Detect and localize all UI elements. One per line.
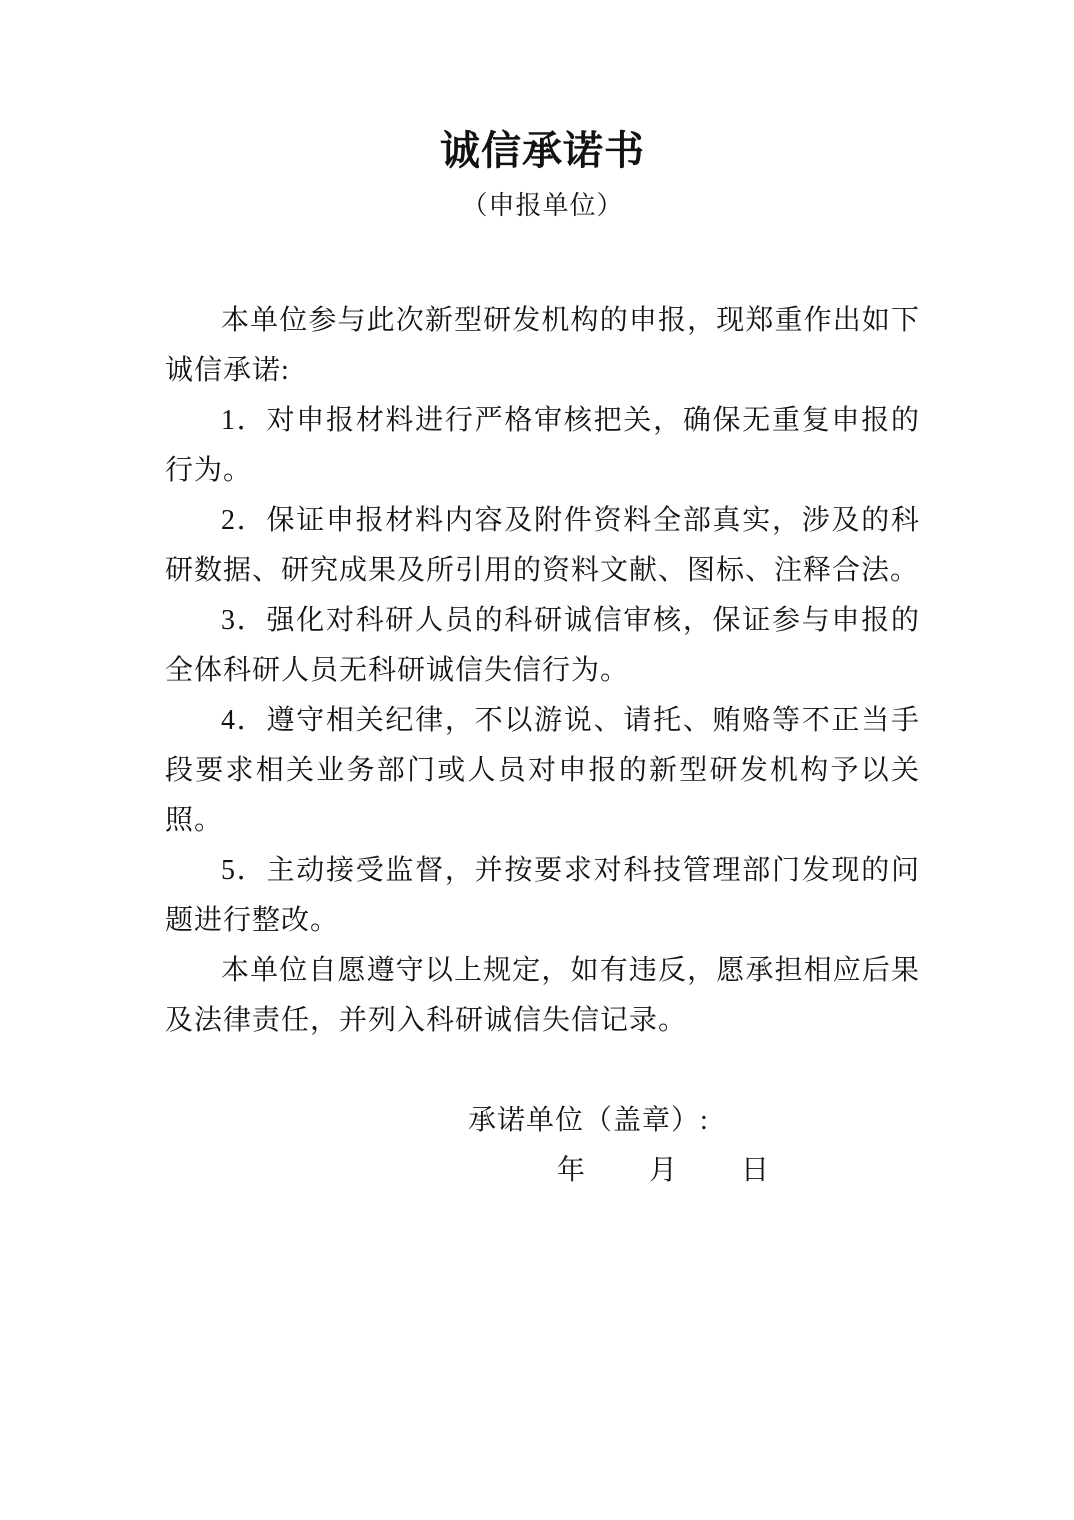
signature-unit-label: 承诺单位（盖章）: (165, 1096, 920, 1146)
intro-paragraph: 本单位参与此次新型研发机构的申报，现郑重作出如下诚信承诺: (165, 296, 920, 396)
page-subtitle: （申报单位） (165, 186, 920, 226)
date-year-label: 年 (557, 1155, 586, 1186)
document-page: 诚信承诺书 （申报单位） 本单位参与此次新型研发机构的申报，现郑重作出如下诚信承… (0, 0, 1074, 1520)
signature-block: 承诺单位（盖章）: 年 月 日 (165, 1096, 920, 1196)
commitment-item-4: 4．遵守相关纪律，不以游说、请托、贿赂等不正当手段要求相关业务部门或人员对申报的… (165, 696, 920, 846)
date-month-label: 月 (649, 1155, 678, 1186)
commitment-item-2: 2．保证申报材料内容及附件资料全部真实，涉及的科研数据、研究成果及所引用的资料文… (165, 496, 920, 596)
commitment-item-1: 1．对申报材料进行严格审核把关，确保无重复申报的行为。 (165, 396, 920, 496)
signature-date-line: 年 月 日 (165, 1146, 920, 1196)
document-body: 本单位参与此次新型研发机构的申报，现郑重作出如下诚信承诺: 1．对申报材料进行严… (165, 296, 920, 1046)
closing-paragraph: 本单位自愿遵守以上规定，如有违反，愿承担相应后果及法律责任，并列入科研诚信失信记… (165, 946, 920, 1046)
page-title: 诚信承诺书 (165, 126, 920, 176)
commitment-item-5: 5．主动接受监督，并按要求对科技管理部门发现的问题进行整改。 (165, 846, 920, 946)
commitment-item-3: 3．强化对科研人员的科研诚信审核，保证参与申报的全体科研人员无科研诚信失信行为。 (165, 596, 920, 696)
date-day-label: 日 (741, 1155, 770, 1186)
